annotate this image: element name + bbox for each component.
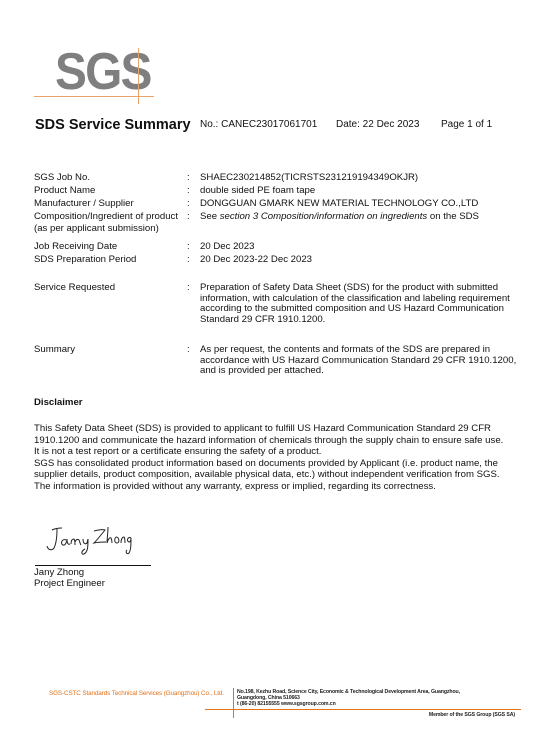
disclaimer-body: This Safety Data Sheet (SDS) is provided… [34, 423, 524, 492]
value-job-no: SHAEC230214852(TICRSTS231219194349OKJR) [200, 172, 520, 184]
document-title: SDS Service Summary [35, 117, 191, 133]
composition-prefix: See [200, 211, 220, 222]
colon: : [187, 211, 190, 223]
colon: : [187, 254, 190, 266]
report-date: Date: 22 Dec 2023 [336, 119, 419, 130]
signer-name: Jany Zhong [34, 567, 84, 578]
page-indicator: Page 1 of 1 [441, 119, 492, 130]
label-product-name: Product Name [34, 185, 95, 197]
logo-horizontal-rule [34, 96, 154, 97]
colon: : [187, 198, 190, 210]
service-requested-text: Preparation of Safety Data Sheet (SDS) f… [200, 283, 520, 325]
composition-section-ref: section 3 Composition/information on ing… [220, 211, 427, 222]
value-preparation-period: 20 Dec 2023-22 Dec 2023 [200, 254, 520, 266]
label-composition: Composition/Ingredient of product [34, 211, 178, 223]
disclaimer-line: SGS has consolidated product information… [34, 458, 524, 481]
footer-horizontal-rule [205, 709, 521, 710]
label-preparation-period: SDS Preparation Period [34, 254, 136, 266]
disclaimer-line: This Safety Data Sheet (SDS) is provided… [34, 423, 524, 446]
composition-suffix: on the SDS [427, 211, 479, 222]
colon: : [187, 344, 190, 356]
label-summary: Summary [34, 344, 75, 356]
signer-role: Project Engineer [34, 578, 105, 589]
signature-line [35, 565, 151, 566]
label-manufacturer: Manufacturer / Supplier [34, 198, 134, 210]
footer-contact-line: t (86-20) 82155555 www.sgsgroup.com.cn [237, 701, 460, 707]
disclaimer-line: The information is provided without any … [34, 481, 524, 493]
footer-vertical-rule [233, 688, 234, 718]
label-service-requested: Service Requested [34, 282, 115, 294]
summary-text: As per request, the contents and formats… [200, 345, 520, 377]
footer-company-name: SGS-CSTC Standards Technical Services (G… [49, 690, 224, 697]
value-product-name: double sided PE foam tape [200, 185, 520, 197]
value-manufacturer: DONGGUAN GMARK NEW MATERIAL TECHNOLOGY C… [200, 198, 520, 210]
logo-vertical-rule [138, 48, 139, 104]
colon: : [187, 172, 190, 184]
handwritten-signature [44, 524, 134, 556]
sgs-logo: SGS [55, 46, 151, 98]
colon: : [187, 241, 190, 253]
disclaimer-line: It is not a test report or a certificate… [34, 446, 524, 458]
colon: : [187, 185, 190, 197]
footer-member-note: Member of the SGS Group (SGS SA) [405, 712, 515, 718]
footer-address: No.198, Kezhu Road, Science City, Econom… [237, 689, 460, 707]
value-job-receiving-date: 20 Dec 2023 [200, 241, 520, 253]
label-job-no: SGS Job No. [34, 172, 90, 184]
value-composition: See section 3 Composition/information on… [200, 211, 520, 223]
label-job-receiving-date: Job Receiving Date [34, 241, 117, 253]
disclaimer-heading: Disclaimer [34, 397, 83, 408]
colon: : [187, 282, 190, 294]
label-composition-note: (as per applicant submission) [34, 223, 159, 235]
report-number: No.: CANEC23017061701 [200, 119, 317, 130]
